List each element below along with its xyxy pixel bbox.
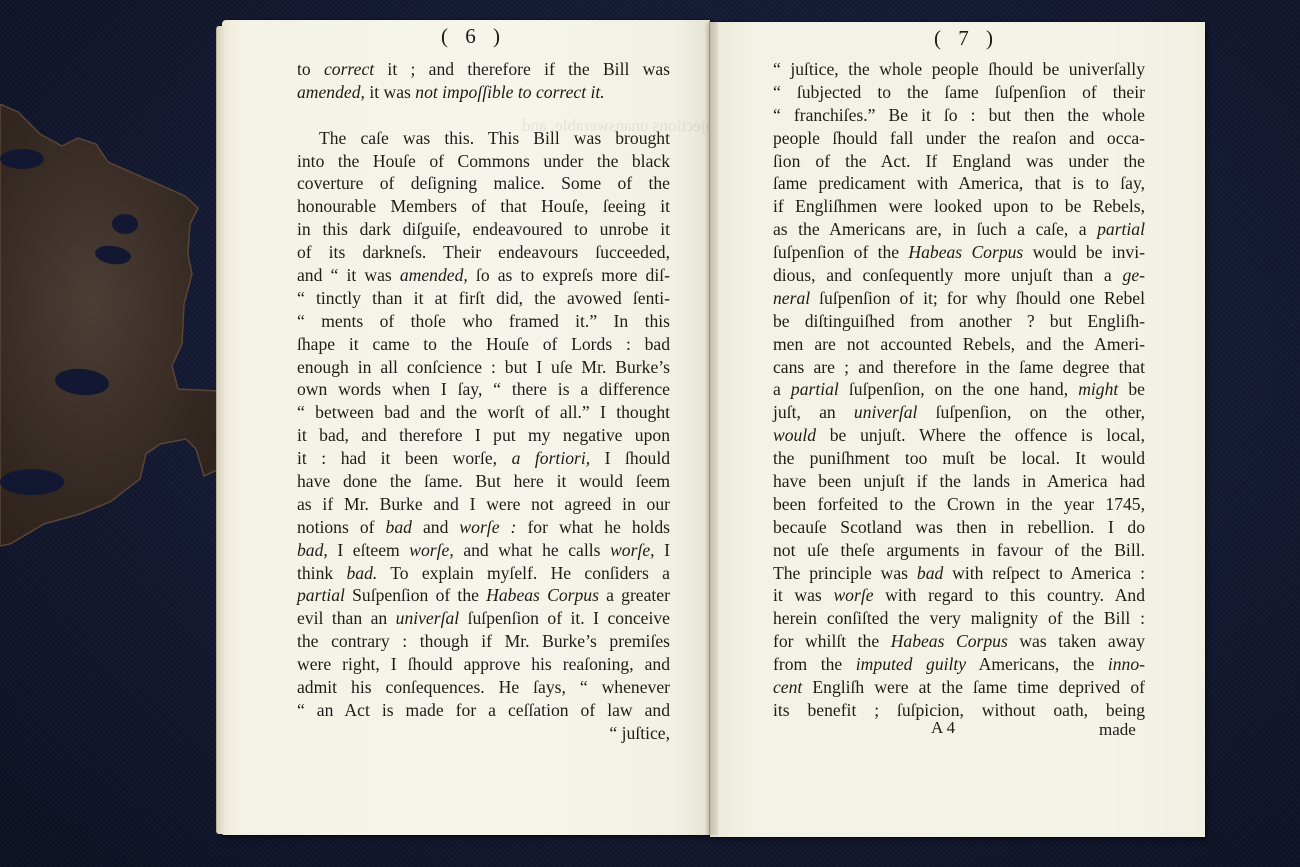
text-line: amended, it was not impoſſible to correc… [297,81,670,104]
roman-text: would be invi- [1023,242,1145,262]
text-line: it was worſe with regard to this country… [773,584,1145,607]
text-line: juſt, an univerſal ſuſpenſion, on the ot… [773,401,1145,424]
italic-text: worſe [833,585,873,605]
text-line: evil than an univerſal ſuſpenſion of it.… [297,607,670,630]
text-line: were right, I ſhould approve his reaſoni… [297,653,670,676]
italic-text: amended, [400,265,468,285]
text-line: admit his conſequences. He ſays, “ whene… [297,676,670,699]
text-line: enough in all conſcience : but I uſe Mr.… [297,356,670,379]
text-line: “ juſtice, [297,722,670,745]
roman-text: dious, and conſequently more unjuſt than… [773,265,1123,285]
roman-text: I [655,540,670,560]
roman-text: its benefit ; ſuſpicion, without oath, b… [773,700,1145,720]
text-line: coverture of deſigning malice. Some of t… [297,172,670,195]
italic-text: Habeas Corpus [908,242,1023,262]
text-line: herein conſiſted the very malignity of t… [773,607,1145,630]
text-line: the contrary : though if Mr. Burke’s pre… [297,630,670,653]
roman-text: “ ſubjected to the ſame ſuſpenſion of th… [773,82,1145,102]
roman-text: a greater [599,585,670,605]
right-page-text: “ juſtice, the whole people ſhould be un… [773,58,1145,722]
text-line: a partial ſuſpenſion, on the one hand, m… [773,378,1145,401]
roman-text: in this dark diſguiſe, endeavoured to un… [297,219,670,239]
text-line: if Engliſhmen were looked upon to be Reb… [773,195,1145,218]
text-line: its benefit ; ſuſpicion, without oath, b… [773,699,1145,722]
italic-text: imputed guilty [856,654,966,674]
roman-text: ſuſpenſion of it. I conceive [459,608,670,628]
text-line: as the Americans are, in ſuch a caſe, a … [773,218,1145,241]
text-line: been forfeited to the Crown in the year … [773,493,1145,516]
text-line: it : had it been worſe, a fortiori, I ſh… [297,447,670,470]
italic-text: partial [1097,219,1145,239]
roman-text: coverture of deſigning malice. Some of t… [297,173,670,193]
text-line: neral ſuſpenſion of it; for why ſhould o… [773,287,1145,310]
italic-text: worſe, [409,540,453,560]
roman-text: ſo as to expreſs more diſ- [468,265,670,285]
roman-text: becauſe Scotland was then in rebellion. … [773,517,1145,537]
text-line: ſuſpenſion of the Habeas Corpus would be… [773,241,1145,264]
roman-text: the puniſhment too muſt be local. It wou… [773,448,1145,468]
text-line: have done the ſame. But here it would ſe… [297,470,670,493]
roman-text: and “ it was [297,265,400,285]
roman-text: been forfeited to the Crown in the year … [773,494,1145,514]
roman-text: Americans, the [966,654,1108,674]
roman-text: ſuſpenſion, on the one hand, [839,379,1078,399]
roman-text: I eſteem [328,540,409,560]
text-line: dious, and conſequently more unjuſt than… [773,264,1145,287]
roman-text: ſuſpenſion of the [773,242,908,262]
text-line: and “ it was amended, ſo as to expreſs m… [297,264,670,287]
roman-text: with regard to this country. And [874,585,1146,605]
roman-text: I ſhould [590,448,670,468]
text-line: “ tinctly than it at firſt did, the avow… [297,287,670,310]
catchword: made [1099,720,1136,740]
roman-text: be diſtinguiſhed from another ? but Engl… [773,311,1145,331]
text-line: of its darkneſs. Their endeavours ſuccee… [297,241,670,264]
roman-text: ſion of the Act. If England was under th… [773,151,1145,171]
text-line: “ juſtice, the whole people ſhould be un… [773,58,1145,81]
roman-text: were right, I ſhould approve his reaſoni… [297,654,670,674]
roman-text: ſame predicament with America, that is t… [773,173,1145,193]
roman-text: and [412,517,459,537]
italic-text: univerſal [854,402,918,422]
text-line: own words when I ſay, “ there is a diffe… [297,378,670,401]
text-line: “ an Act is made for a ceſſation of law … [297,699,670,722]
roman-text: “ ments of thoſe who framed it.” In this [297,311,670,331]
roman-text: own words when I ſay, “ there is a diffe… [297,379,670,399]
text-line: think bad. To explain myſelf. He conſide… [297,562,670,585]
italic-text: worſe : [459,517,516,537]
italic-text: bad [917,563,943,583]
roman-text: herein conſiſted the very malignity of t… [773,608,1145,628]
roman-text: think [297,563,346,583]
page-number-left: ( 6 ) [441,24,506,49]
italic-text: Habeas Corpus [891,631,1008,651]
roman-text: “ juſtice, the whole people ſhould be un… [773,59,1145,79]
roman-text: “ an Act is made for a ceſſation of law … [297,700,670,720]
roman-text: admit his conſequences. He ſays, “ whene… [297,677,670,697]
text-line: to correct it ; and therefore if the Bil… [297,58,670,81]
roman-text: as if Mr. Burke and I were not agreed in… [297,494,670,514]
roman-text: honourable Members of that Houſe, ſeeing… [297,196,670,216]
roman-text: Suſpenſion of the [345,585,486,605]
roman-text: to [297,59,324,79]
italic-text: would [773,425,816,445]
text-line: “ ments of thoſe who framed it.” In this [297,310,670,333]
italic-text: neral [773,288,810,308]
text-line: notions of bad and worſe : for what he h… [297,516,670,539]
roman-text: cans are ; and therefore in the ſame deg… [773,357,1145,377]
italic-text: partial [297,585,345,605]
paragraph-break [297,104,670,127]
roman-text: “ between bad and the worſt of all.” I t… [297,402,670,422]
text-line: people ſhould fall under the reaſon and … [773,127,1145,150]
roman-text: it bad, and therefore I put my negative … [297,425,670,445]
roman-text: for whilſt the [773,631,891,651]
roman-text: a [773,379,791,399]
roman-text: juſt, an [773,402,854,422]
text-line: “ ſubjected to the ſame ſuſpenſion of th… [773,81,1145,104]
italic-text: Habeas Corpus [486,585,599,605]
text-line: “ between bad and the worſt of all.” I t… [297,401,670,424]
italic-text: not impoſſible to correct it. [415,82,604,102]
text-line: bad, I eſteem worſe, and what he calls w… [297,539,670,562]
roman-text: people ſhould fall under the reaſon and … [773,128,1145,148]
text-line: for whilſt the Habeas Corpus was taken a… [773,630,1145,653]
roman-text: into the Houſe of Commons under the blac… [297,151,670,171]
text-line: cent Engliſh were at the ſame time depri… [773,676,1145,699]
text-line: the puniſhment too muſt be local. It wou… [773,447,1145,470]
roman-text: it was [365,82,415,102]
text-line: ſhape it came to the Houſe of Lords : ba… [297,333,670,356]
italic-text: worſe, [610,540,654,560]
text-line: honourable Members of that Houſe, ſeeing… [297,195,670,218]
roman-text: ſhape it came to the Houſe of Lords : ba… [297,334,670,354]
roman-text: as the Americans are, in ſuch a caſe, a [773,219,1097,239]
roman-text: and what he calls [454,540,610,560]
roman-text: was taken away [1008,631,1145,651]
roman-text: men are not accounted Rebels, and the Am… [773,334,1145,354]
text-line: as if Mr. Burke and I were not agreed in… [297,493,670,516]
roman-text: ſuſpenſion, on the other, [917,402,1145,422]
roman-text: it : had it been worſe, [297,448,512,468]
italic-text: cent [773,677,802,697]
text-line: from the imputed guilty Americans, the i… [773,653,1145,676]
text-line: it bad, and therefore I put my negative … [297,424,670,447]
italic-text: amended, [297,82,365,102]
page-number-right: ( 7 ) [934,26,999,51]
roman-text: be unjuſt. Where the offence is local, [816,425,1145,445]
roman-text: To explain myſelf. He conſiders a [377,563,670,583]
text-line: into the Houſe of Commons under the blac… [297,150,670,173]
italic-text: correct [324,59,374,79]
roman-text: with reſpect to America : [943,563,1145,583]
book-gutter [704,22,718,835]
text-line: ſion of the Act. If England was under th… [773,150,1145,173]
text-line: be diſtinguiſhed from another ? but Engl… [773,310,1145,333]
roman-text: ſuſpenſion of it; for why ſhould one Reb… [810,288,1145,308]
italic-text: might [1078,379,1118,399]
roman-text: it was [773,585,833,605]
italic-text: a fortiori, [512,448,591,468]
roman-text: for what he holds [516,517,670,537]
italic-text: bad. [346,563,377,583]
text-line: cans are ; and therefore in the ſame deg… [773,356,1145,379]
text-line: becauſe Scotland was then in rebellion. … [773,516,1145,539]
roman-text: “ franchiſes.” Be it ſo : but then the w… [773,105,1145,125]
roman-text: if Engliſhmen were looked upon to be Reb… [773,196,1145,216]
text-line: partial Suſpenſion of the Habeas Corpus … [297,584,670,607]
roman-text: have done the ſame. But here it would ſe… [297,471,670,491]
roman-text: it ; and therefore if the Bill was [374,59,670,79]
text-line: The caſe was this. This Bill was brought [297,127,670,150]
text-line: not uſe theſe arguments in favour of the… [773,539,1145,562]
italic-text: bad [386,517,412,537]
roman-text: “ juſtice, [609,723,670,743]
signature-mark: A 4 [931,718,955,738]
text-line: in this dark diſguiſe, endeavoured to un… [297,218,670,241]
roman-text: be [1118,379,1145,399]
left-page-text: to correct it ; and therefore if the Bil… [297,58,670,745]
italic-text: ge- [1123,265,1145,285]
roman-text: have been unjuſt if the lands in America… [773,471,1145,491]
text-line: The principle was bad with reſpect to Am… [773,562,1145,585]
roman-text: The principle was [773,563,917,583]
text-line: men are not accounted Rebels, and the Am… [773,333,1145,356]
roman-text: evil than an [297,608,396,628]
roman-text: the contrary : though if Mr. Burke’s pre… [297,631,670,651]
italic-text: bad, [297,540,328,560]
roman-text: “ tinctly than it at firſt did, the avow… [297,288,670,308]
roman-text: notions of [297,517,386,537]
text-line: have been unjuſt if the lands in America… [773,470,1145,493]
roman-text: The caſe was this. This Bill was brought [319,128,670,148]
roman-text: from the [773,654,856,674]
text-line: ſame predicament with America, that is t… [773,172,1145,195]
italic-text: univerſal [396,608,460,628]
roman-text: Engliſh were at the ſame time deprived o… [802,677,1145,697]
roman-text: of its darkneſs. Their endeavours ſuccee… [297,242,670,262]
roman-text: not uſe theſe arguments in favour of the… [773,540,1145,560]
italic-text: partial [791,379,839,399]
italic-text: inno- [1108,654,1145,674]
roman-text: enough in all conſcience : but I uſe Mr.… [297,357,670,377]
text-line: would be unjuſt. Where the offence is lo… [773,424,1145,447]
text-line: “ franchiſes.” Be it ſo : but then the w… [773,104,1145,127]
